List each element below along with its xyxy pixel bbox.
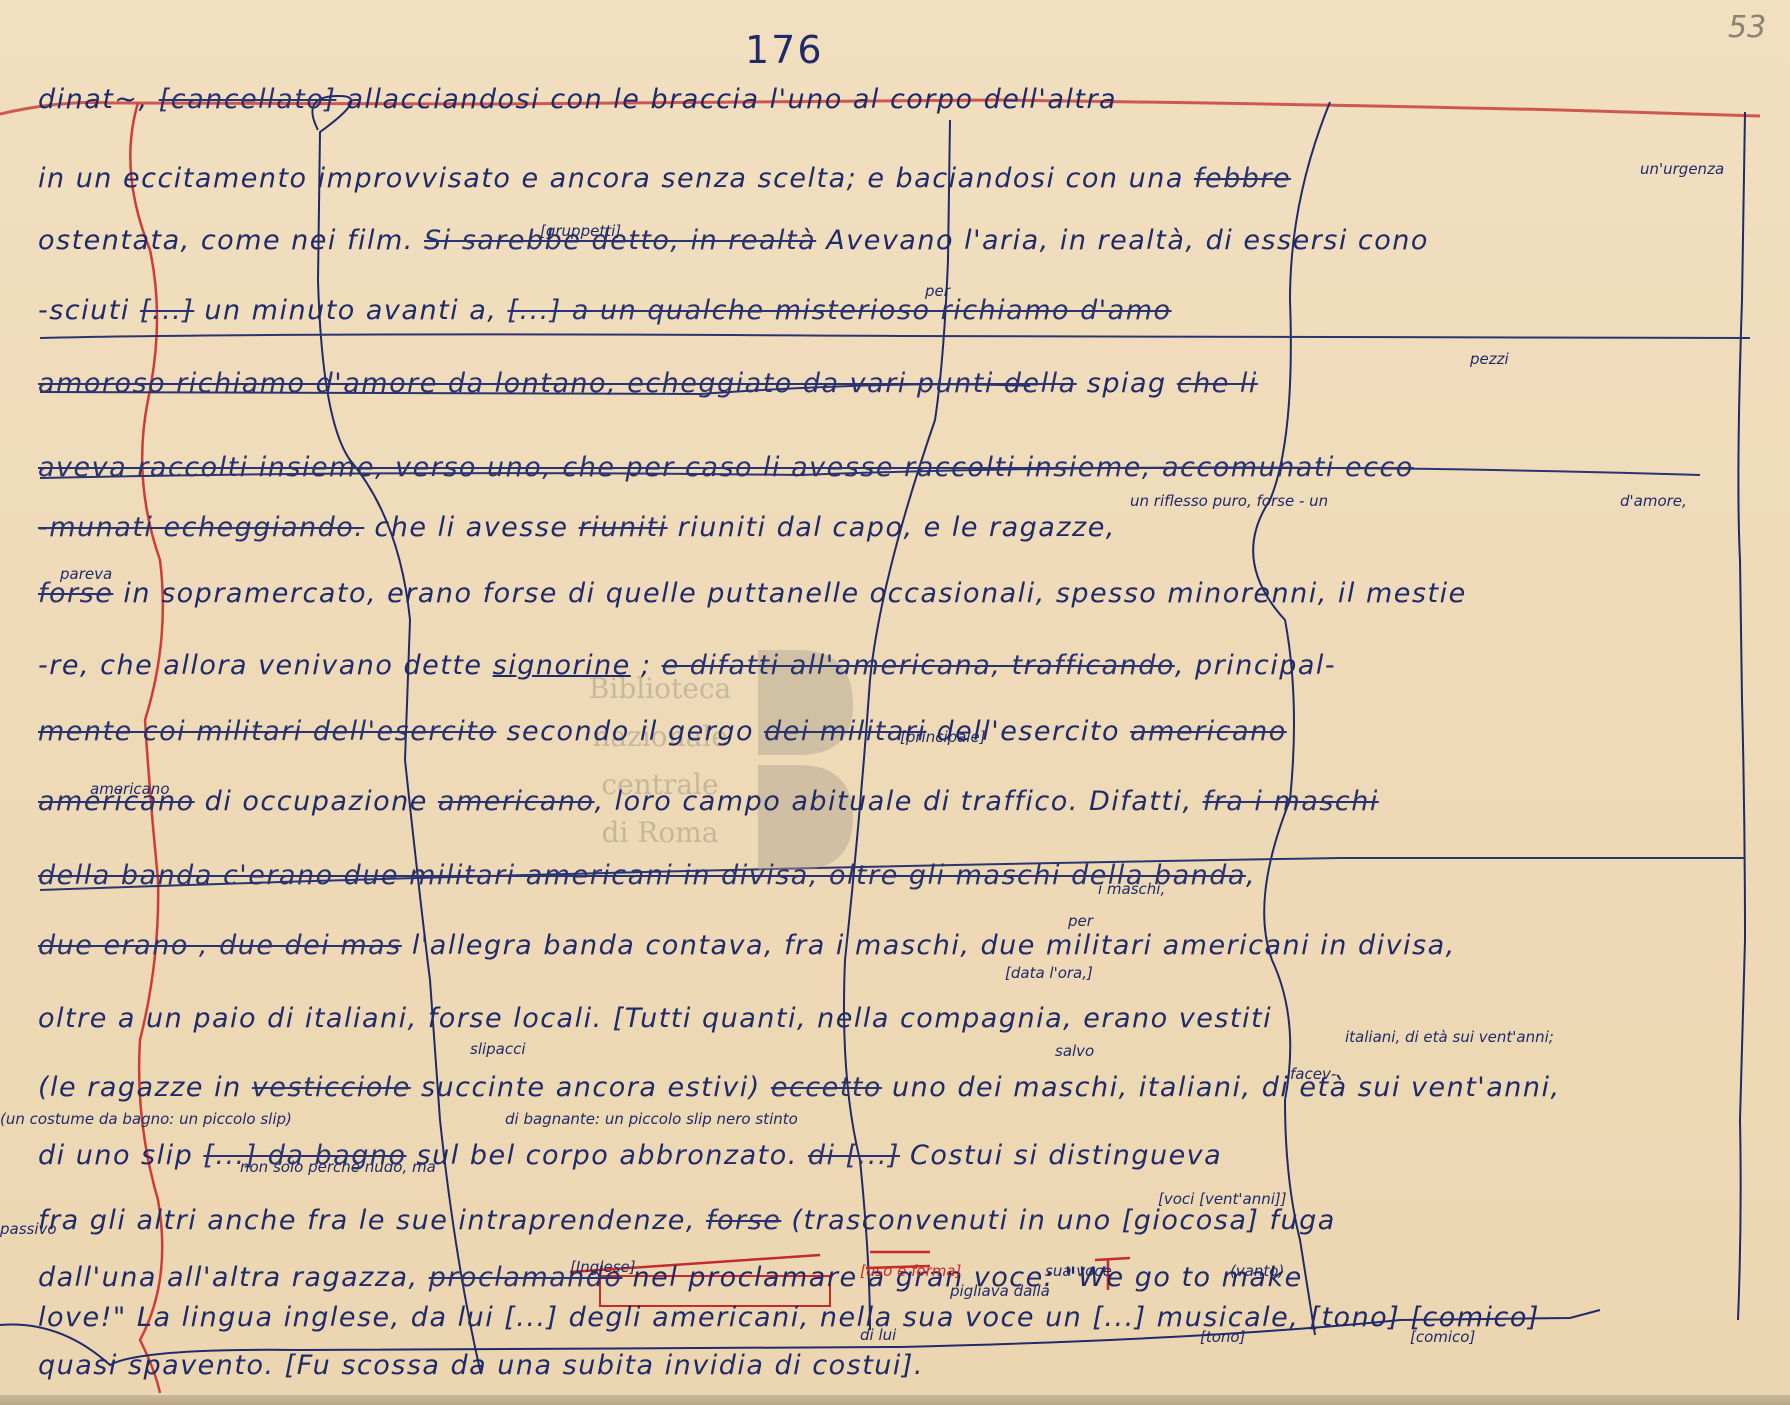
underlined-text: signorine	[493, 650, 631, 681]
margin-note: passivo	[0, 1220, 57, 1238]
line-text: l'allegra banda contava, fra i maschi, d…	[402, 930, 1456, 961]
folio-number: 53	[1728, 10, 1766, 45]
manuscript-line-8: forse in sopramercato, erano forse di qu…	[38, 578, 1467, 609]
line-text: love!" La lingua inglese, da lui [...] d…	[38, 1302, 1540, 1333]
margin-note: un'urgenza	[1640, 160, 1724, 178]
manuscript-page: 176 53 Biblioteca nazionale centrale di …	[0, 0, 1790, 1395]
manuscript-line-7: -munati echeggiando. che li avesse riuni…	[38, 512, 1116, 543]
deleted-text: americano	[1130, 716, 1287, 747]
manuscript-line-13: due erano , due dei mas l'allegra banda …	[38, 930, 1456, 961]
line-text: di uno slip	[38, 1140, 203, 1171]
manuscript-line-12: della banda c'erano due militari america…	[38, 860, 1256, 891]
deleted-text: forse	[706, 1205, 781, 1236]
margin-note: sua voce	[1045, 1262, 1112, 1280]
line-text: fra gli altri anche fra le sue intrapren…	[38, 1205, 706, 1236]
deleted-text: riuniti	[579, 512, 668, 543]
deleted-text: [...] a un qualche misterioso richiamo d…	[507, 295, 1171, 326]
margin-note: i maschi,	[1098, 880, 1165, 898]
line-text: dinat~,	[38, 84, 159, 115]
line-text: allacciandosi con le braccia l'uno al co…	[336, 84, 1117, 115]
margin-note: (un costume da bagno: un piccolo slip)	[0, 1110, 292, 1128]
line-text: ,	[1246, 860, 1256, 891]
margin-note: di bagnante: un piccolo slip nero stinto	[505, 1110, 798, 1128]
line-text: (trasconvenuti in uno [giocosa] fuga	[781, 1205, 1336, 1236]
library-watermark: Biblioteca nazionale centrale di Roma	[560, 665, 760, 857]
margin-note: [tono]	[1200, 1328, 1245, 1346]
manuscript-line-19: love!" La lingua inglese, da lui [...] d…	[38, 1302, 1540, 1333]
line-text: un minuto avanti a,	[194, 295, 507, 326]
manuscript-line-9: -re, che allora venivano dette signorine…	[38, 650, 1336, 681]
margin-note: per	[1068, 912, 1093, 930]
line-text: che li avesse	[364, 512, 578, 543]
deleted-text: -munati echeggiando.	[38, 512, 364, 543]
manuscript-line-4: -sciuti [...] un minuto avanti a, [...] …	[38, 295, 1172, 326]
margin-note: salvo	[1055, 1042, 1094, 1060]
margin-note: (vanto)	[1230, 1262, 1284, 1280]
line-text: spiag	[1077, 368, 1177, 399]
deleted-text: mente coi militari dell'esercito	[38, 716, 496, 747]
deleted-text: [...]	[140, 295, 194, 326]
margin-note: americano	[90, 780, 170, 798]
manuscript-line-18: dall'una all'altra ragazza, proclamando …	[38, 1262, 1303, 1293]
manuscript-line-3: ostentata, come nei film. Si sarebbe det…	[38, 225, 1429, 256]
manuscript-line-11: americano di occupazione americano, loro…	[38, 786, 1379, 817]
line-text: ;	[631, 650, 662, 681]
margin-note: un riflesso puro, forse - un	[1130, 492, 1328, 510]
deleted-text: [cancellato]	[159, 84, 337, 115]
manuscript-line-5: amoroso richiamo d'amore da lontano, ech…	[38, 368, 1258, 399]
deleted-text: fra i maschi	[1203, 786, 1379, 817]
margin-note: [comico]	[1410, 1328, 1475, 1346]
deleted-text: aveva raccolti insieme, verso uno, che p…	[38, 452, 1414, 483]
line-text: uno dei maschi, italiani, di età sui ven…	[882, 1072, 1561, 1103]
margin-note: non solo perchè nudo, ma	[240, 1158, 436, 1176]
line-text: Avevano l'aria, in realtà, di essersi co…	[816, 225, 1429, 256]
line-text: Costui si distingueva	[900, 1140, 1222, 1171]
margin-note: pezzi	[1470, 350, 1509, 368]
margin-note: d'amore,	[1620, 492, 1687, 510]
deleted-text: e difatti all'americana, trafficando	[662, 650, 1175, 681]
manuscript-line-2: in un eccitamento improvvisato e ancora …	[38, 163, 1291, 194]
line-text: , principal-	[1175, 650, 1336, 681]
line-text: -re, che allora venivano dette	[38, 650, 493, 681]
margin-note: italiani, di età sui vent'anni;	[1345, 1028, 1554, 1046]
line-text: dall'una all'altra ragazza,	[38, 1262, 429, 1293]
manuscript-line-6: aveva raccolti insieme, verso uno, che p…	[38, 452, 1414, 483]
line-text: sul bel corpo abbronzato.	[406, 1140, 807, 1171]
deleted-text: americano	[438, 786, 595, 817]
margin-note-red: [uso e forma]	[860, 1262, 961, 1280]
margin-note: slipacci	[470, 1040, 526, 1058]
manuscript-line-1: dinat~, [cancellato] allacciandosi con l…	[38, 84, 1117, 115]
margin-note: per	[925, 282, 950, 300]
manuscript-line-20: quasi spavento. [Fu scossa da una subita…	[38, 1350, 924, 1381]
library-logo-icon	[758, 650, 853, 870]
line-text: succinte ancora estivi)	[411, 1072, 771, 1103]
deleted-text: due erano , due dei mas	[38, 930, 402, 961]
manuscript-line-14: oltre a un paio di italiani, forse local…	[38, 1003, 1272, 1034]
deleted-text: eccetto	[771, 1072, 882, 1103]
deleted-text: amoroso richiamo d'amore da lontano, ech…	[38, 368, 1077, 399]
line-text: ostentata, come nei film.	[38, 225, 424, 256]
deleted-text: della banda c'erano due militari america…	[38, 860, 1246, 891]
margin-note: pareva	[60, 565, 112, 583]
margin-note: [voci [vent'anni]]	[1158, 1190, 1287, 1208]
margin-note: pigliava dalla	[950, 1282, 1050, 1300]
line-text: -sciuti	[38, 295, 140, 326]
line-text: secondo il gergo	[496, 716, 764, 747]
margin-note: [principale]	[900, 728, 986, 746]
margin-note: [Inglese]	[570, 1258, 636, 1276]
margin-note: di lui	[860, 1326, 896, 1344]
deleted-text: di [...]	[808, 1140, 900, 1171]
line-text: quasi spavento. [Fu scossa da una subita…	[38, 1350, 924, 1381]
scan-table-edge	[0, 1395, 1790, 1405]
deleted-text: febbre	[1194, 163, 1291, 194]
manuscript-rules	[0, 0, 1790, 1405]
line-text: di occupazione	[195, 786, 438, 817]
line-text: riuniti dal capo, e le ragazze,	[668, 512, 1116, 543]
margin-note: [gruppetti]	[540, 222, 621, 240]
manuscript-line-10: mente coi militari dell'esercito secondo…	[38, 716, 1287, 747]
line-text: (le ragazze in	[38, 1072, 252, 1103]
manuscript-line-16: di uno slip [...] da bagno sul bel corpo…	[38, 1140, 1222, 1171]
line-text: in sopramercato, erano forse di quelle p…	[113, 578, 1466, 609]
margin-note: [data l'ora,]	[1005, 964, 1093, 982]
line-text: in un eccitamento improvvisato e ancora …	[38, 163, 1194, 194]
page-number: 176	[745, 28, 824, 72]
deleted-text: vesticciole	[252, 1072, 411, 1103]
deleted-text: che li	[1177, 368, 1258, 399]
line-text: oltre a un paio di italiani, forse local…	[38, 1003, 1272, 1034]
manuscript-line-17: fra gli altri anche fra le sue intrapren…	[38, 1205, 1336, 1236]
line-text: , loro campo abituale di traffico. Difat…	[595, 786, 1203, 817]
margin-note: facev-	[1290, 1065, 1336, 1083]
